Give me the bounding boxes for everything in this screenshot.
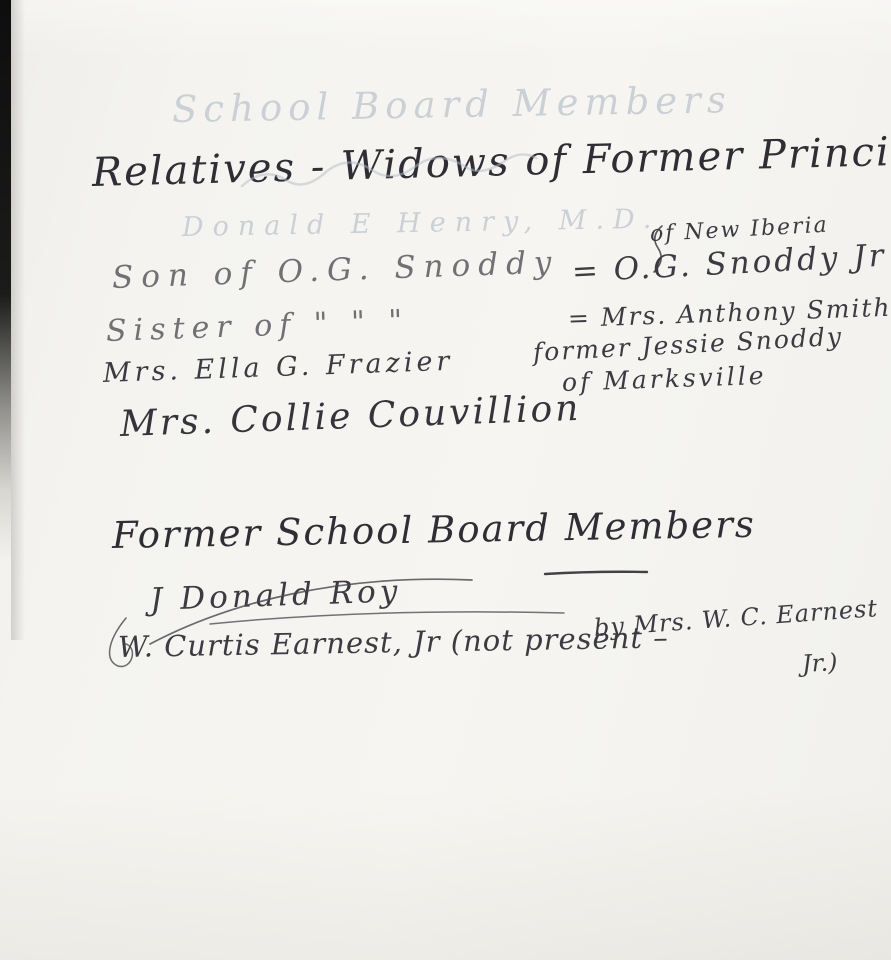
entry-of-marksville: of Marksville	[561, 361, 766, 397]
entry-son-of-snoddy: Son of O.G. Snoddy	[111, 244, 560, 296]
entry-jr-closing: Jr.)	[801, 648, 838, 678]
entry-by-mrs-wc-earnest: by Mrs. W. C. Earnest	[593, 594, 879, 642]
scanner-edge-shadow	[0, 0, 11, 700]
ghost-line-donald-henry: Donald E Henry, M.D.	[182, 204, 661, 243]
entry-w-curtis-earnest: W. Curtis Earnest, Jr (not present –	[118, 620, 669, 664]
section-title-relatives-widows: Relatives - Widows of Former Principals	[91, 127, 891, 196]
ghost-title-school-board-members: School Board Members	[172, 78, 732, 131]
entry-mrs-collie-couvillion: Mrs. Collie Couvillion	[119, 388, 582, 445]
signature-j-donald-roy: J Donald Roy	[149, 573, 401, 618]
entry-sister-of-ditto: Sister of " " "	[105, 303, 409, 349]
entry-og-snoddy-jr: = O.G. Snoddy Jr	[571, 238, 887, 290]
entry-mrs-ella-frazier: Mrs. Ella G. Frazier	[102, 346, 453, 389]
title-underline-stroke	[545, 572, 647, 574]
scanned-page: School Board Members Relatives - Widows …	[0, 0, 891, 960]
section-title-former-board-members: Former School Board Members	[112, 503, 757, 557]
scanner-edge-shadow-soft	[11, 0, 25, 640]
